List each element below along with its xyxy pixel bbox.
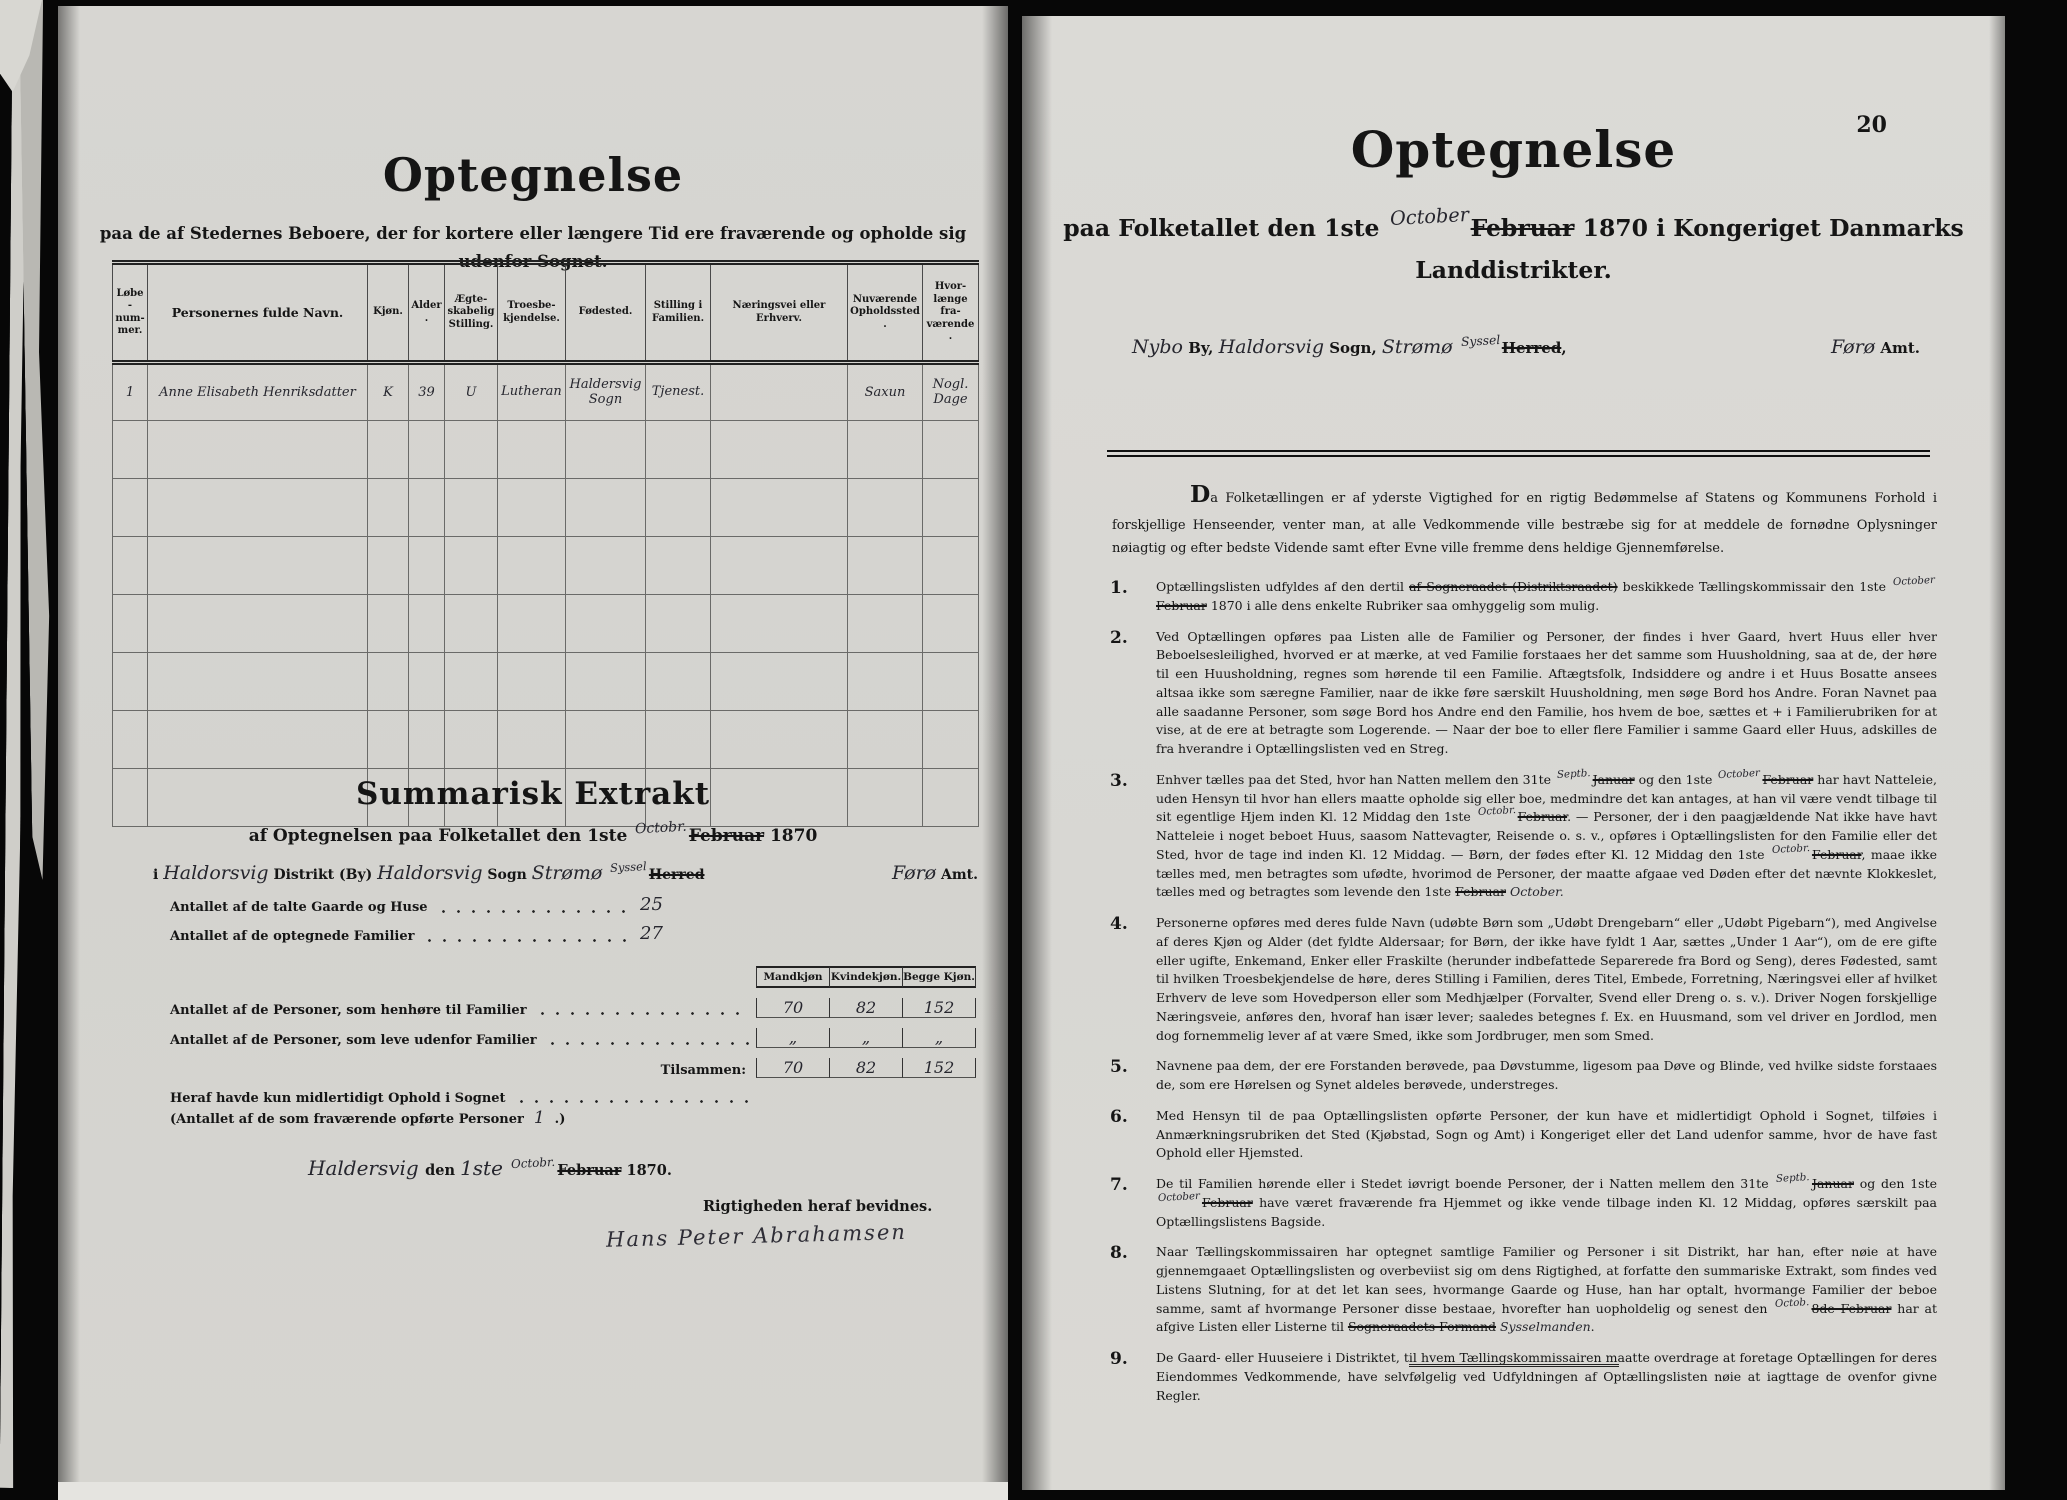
extract-subheading: af Optegnelsen paa Folketallet den 1ste … bbox=[58, 826, 1008, 846]
column-header-number: Løbe-num-mer. bbox=[113, 263, 148, 363]
summary-row-temporary: Heraf havde kun midlertidigt Ophold i So… bbox=[170, 1078, 976, 1106]
left-page: Optegnelse paa de af Stedernes Beboere, … bbox=[58, 6, 1008, 1488]
column-header-age: Alder. bbox=[409, 263, 445, 363]
underlying-page-edge bbox=[58, 1482, 1008, 1500]
location-left: Nybo By, Haldorsvig Sogn, Strømø SysselH… bbox=[1132, 336, 1567, 358]
extract-location-left: i Haldorsvig Distrikt (By) Haldorsvig So… bbox=[153, 862, 705, 884]
dotted-leader bbox=[545, 1034, 750, 1046]
column-header-sex: Kjøn. bbox=[368, 263, 409, 363]
extract-heading: Summarisk Extrakt bbox=[58, 776, 1008, 812]
table-row-empty bbox=[113, 595, 979, 653]
right-page-subtitle: paa Folketallet den 1ste OctoberFebruar … bbox=[1022, 214, 2005, 242]
summary-header-female: Kvindekjøn. bbox=[829, 966, 902, 988]
cell-occupation bbox=[711, 363, 848, 421]
summary-table-header: Mandkjøn Kvindekjøn. Begge Kjøn. bbox=[170, 958, 976, 988]
cell-residence: Saxun bbox=[848, 363, 923, 421]
attestation-line: Rigtigheden heraf bevidnes. bbox=[703, 1198, 932, 1215]
cell-absence: Nogl. Dage bbox=[923, 363, 979, 421]
absent-persons-line: (Antallet af de som fraværende opførte P… bbox=[170, 1108, 565, 1128]
summary-row-in-families: Antallet af de Personer, som henhøre til… bbox=[170, 988, 976, 1018]
summary-row-total: Tilsammen: 70 82 152 bbox=[170, 1048, 976, 1078]
intro-paragraph: Da Folketællingen er af yderste Vigtighe… bbox=[1112, 474, 1937, 560]
column-header-birthplace: Fødested. bbox=[566, 263, 646, 363]
column-header-family-position: Stilling i Familien. bbox=[646, 263, 711, 363]
right-page: 20 Optegnelse paa Folketallet den 1ste O… bbox=[1022, 16, 2005, 1490]
cell-name: Anne Elisabeth Henriksdatter bbox=[148, 363, 368, 421]
dotted-leader bbox=[436, 901, 632, 914]
location-line: Nybo By, Haldorsvig Sogn, Strømø SysselH… bbox=[1132, 336, 1920, 358]
cell-family-position: Tjenest. bbox=[646, 363, 711, 421]
instruction-item-8: 8. Naar Tællingskommissairen har optegne… bbox=[1110, 1243, 1937, 1337]
extract-location-right: Førø Amt. bbox=[892, 862, 978, 884]
instruction-item-7: 7. De til Familien hørende eller i Stede… bbox=[1110, 1175, 1937, 1231]
count-houses-value: 25 bbox=[640, 894, 690, 915]
signature: Hans Peter Abrahamsen bbox=[606, 1216, 1046, 1252]
table-row-empty bbox=[113, 653, 979, 711]
count-families-line: Antallet af de optegnede Familier 27 bbox=[170, 923, 690, 944]
column-header-marital: Ægte-skabelig Stilling. bbox=[445, 263, 498, 363]
instruction-item-2: 2. Ved Optællingen opføres paa Listen al… bbox=[1110, 628, 1937, 759]
torn-paper-edge bbox=[19, 0, 57, 880]
instruction-item-6: 6. Med Hensyn til de paa Optællingsliste… bbox=[1110, 1107, 1937, 1163]
dotted-leader bbox=[422, 930, 632, 943]
instruction-item-4: 4. Personerne opføres med deres fulde Na… bbox=[1110, 914, 1937, 1045]
table-header-row: Løbe-num-mer. Personernes fulde Navn. Kj… bbox=[113, 263, 979, 363]
count-houses-line: Antallet af de talte Gaarde og Huse 25 bbox=[170, 894, 690, 915]
column-header-absence: Hvor-længe fra-værende. bbox=[923, 263, 979, 363]
instruction-item-9: 9. De Gaard- eller Huuseiere i Distrikte… bbox=[1110, 1349, 1937, 1405]
left-page-subtitle: paa de af Stedernes Beboere, der for kor… bbox=[58, 224, 1008, 243]
summary-header-male: Mandkjøn bbox=[756, 966, 829, 988]
summary-row-outside-families: Antallet af de Personer, som leve udenfo… bbox=[170, 1018, 976, 1048]
cell-number: 1 bbox=[113, 363, 148, 421]
extract-location-line: i Haldorsvig Distrikt (By) Haldorsvig So… bbox=[153, 862, 978, 884]
summary-table: Mandkjøn Kvindekjøn. Begge Kjøn. Antalle… bbox=[170, 958, 976, 1106]
cell-age: 39 bbox=[409, 363, 445, 421]
end-rule bbox=[1022, 1364, 2005, 1367]
right-page-title: Optegnelse bbox=[1022, 120, 2005, 179]
table-row-empty bbox=[113, 421, 979, 479]
table-row-empty bbox=[113, 537, 979, 595]
cell-marital: U bbox=[445, 363, 498, 421]
dotted-leader bbox=[514, 1092, 750, 1104]
instruction-list: 1. Optællingslisten udfyldes af den dert… bbox=[1110, 578, 1937, 1417]
absentees-table: Løbe-num-mer. Personernes fulde Navn. Kj… bbox=[112, 260, 979, 827]
count-families-label: Antallet af de optegnede Familier bbox=[170, 929, 414, 944]
scanned-census-spread: Optegnelse paa de af Stedernes Beboere, … bbox=[0, 0, 2067, 1500]
table-row-entry: 1 Anne Elisabeth Henriksdatter K 39 U Lu… bbox=[113, 363, 979, 421]
cell-faith: Lutheran bbox=[498, 363, 566, 421]
column-header-occupation: Næringsvei eller Erhverv. bbox=[711, 263, 848, 363]
column-header-residence: Nuværende Opholdssted. bbox=[848, 263, 923, 363]
left-page-title: Optegnelse bbox=[58, 148, 1008, 202]
summary-header-both: Begge Kjøn. bbox=[902, 966, 976, 988]
count-families-value: 27 bbox=[640, 923, 690, 944]
date-line: Haldersvig den 1ste Octobr.Februar 1870. bbox=[308, 1156, 672, 1180]
count-houses-label: Antallet af de talte Gaarde og Huse bbox=[170, 900, 428, 915]
instruction-item-1: 1. Optællingslisten udfyldes af den dert… bbox=[1110, 578, 1937, 616]
cell-sex: K bbox=[368, 363, 409, 421]
right-page-subtitle-2: Landdistrikter. bbox=[1022, 256, 2005, 284]
column-header-faith: Troesbe-kjendelse. bbox=[498, 263, 566, 363]
table-row-empty bbox=[113, 479, 979, 537]
horizontal-rule bbox=[1107, 450, 1930, 457]
cell-birthplace: Haldersvig Sogn bbox=[566, 363, 646, 421]
instruction-item-3: 3. Enhver tælles paa det Sted, hvor han … bbox=[1110, 771, 1937, 902]
location-right: Førø Amt. bbox=[1831, 336, 1920, 358]
instruction-item-5: 5. Navnene paa dem, der ere Forstanden b… bbox=[1110, 1057, 1937, 1095]
table-row-empty bbox=[113, 711, 979, 769]
dotted-leader bbox=[535, 1004, 750, 1016]
column-header-name: Personernes fulde Navn. bbox=[148, 263, 368, 363]
